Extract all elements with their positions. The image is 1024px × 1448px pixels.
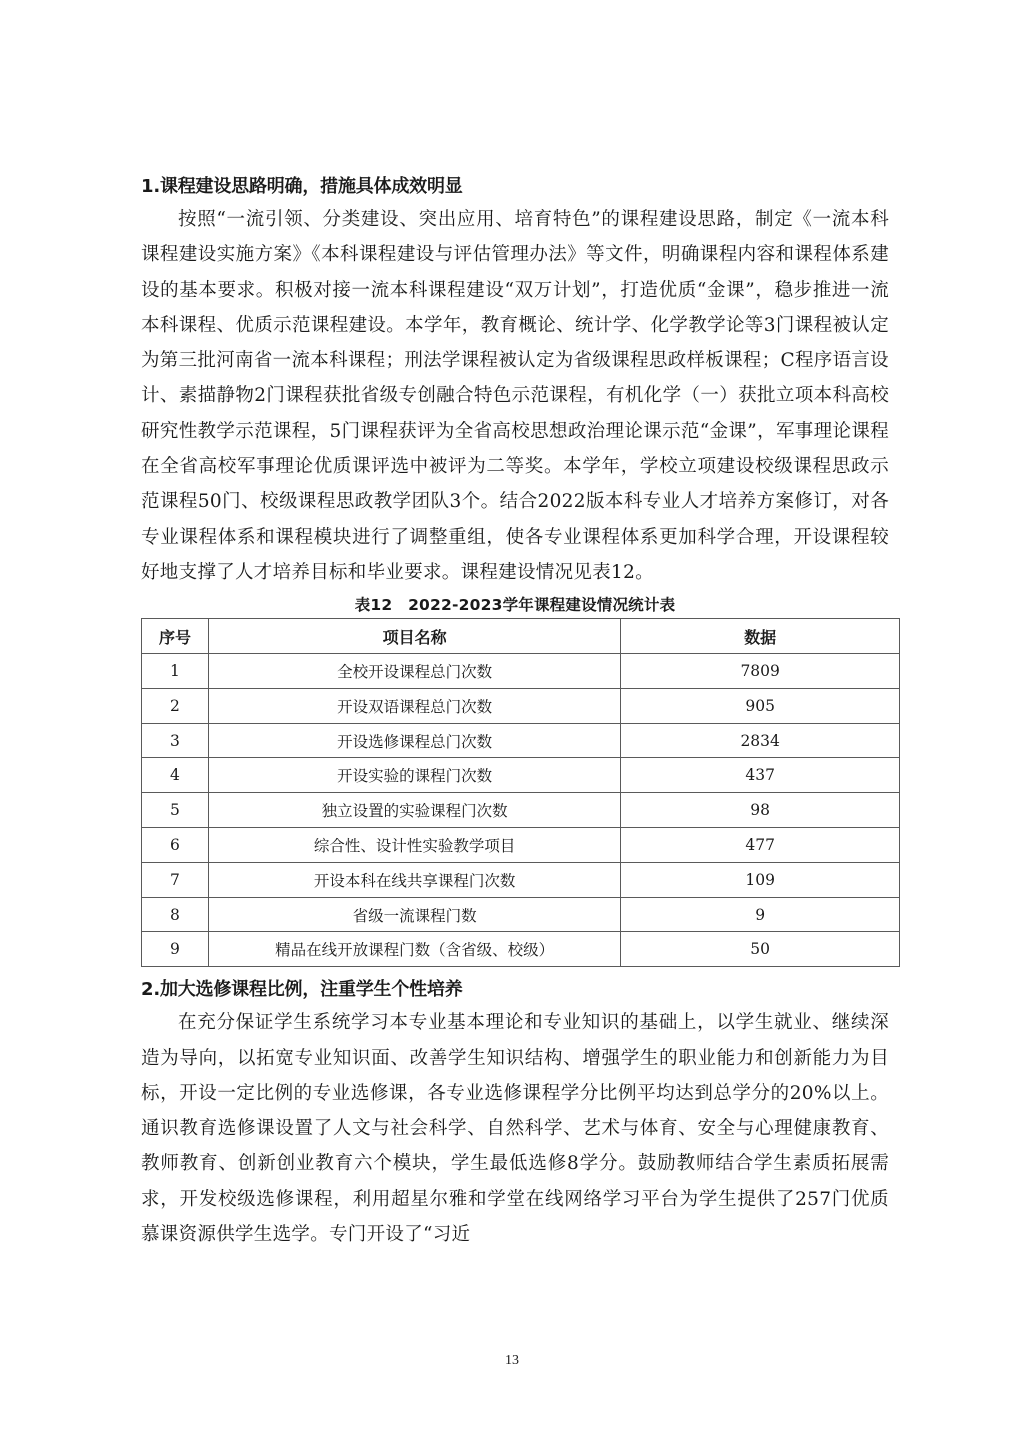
section-heading-1: 1.课程建设思路明确，措施具体成效明显 (141, 172, 889, 202)
row-value: 9 (621, 897, 900, 932)
document-page: 1.课程建设思路明确，措施具体成效明显 按照“一流引领、分类建设、突出应用、培育… (141, 172, 889, 1252)
section-1-paragraph: 按照“一流引领、分类建设、突出应用、培育特色”的课程建设思路，制定《一流本科课程… (141, 202, 889, 590)
row-index: 7 (142, 862, 209, 897)
row-name: 精品在线开放课程门数（含省级、校级） (208, 932, 620, 967)
row-index: 2 (142, 688, 209, 723)
table-row: 3 开设选修课程总门次数 2834 (142, 723, 900, 758)
row-index: 5 (142, 793, 209, 828)
row-value: 477 (621, 828, 900, 863)
row-name: 开设双语课程总门次数 (208, 688, 620, 723)
row-name: 独立设置的实验课程门次数 (208, 793, 620, 828)
row-value: 905 (621, 688, 900, 723)
table-row: 5 独立设置的实验课程门次数 98 (142, 793, 900, 828)
row-name: 省级一流课程门数 (208, 897, 620, 932)
row-index: 4 (142, 758, 209, 793)
row-value: 2834 (621, 723, 900, 758)
row-value: 98 (621, 793, 900, 828)
row-value: 50 (621, 932, 900, 967)
course-statistics-table: 序号 项目名称 数据 1 全校开设课程总门次数 7809 2 开设双语课程总门次… (141, 618, 900, 967)
row-value: 437 (621, 758, 900, 793)
table-row: 4 开设实验的课程门次数 437 (142, 758, 900, 793)
table-row: 6 综合性、设计性实验教学项目 477 (142, 828, 900, 863)
section-2: 2.加大选修课程比例，注重学生个性培养 在充分保证学生系统学习本专业基本理论和专… (141, 975, 889, 1252)
row-value: 109 (621, 862, 900, 897)
section-2-paragraph: 在充分保证学生系统学习本专业基本理论和专业知识的基础上，以学生就业、继续深造为导… (141, 1005, 889, 1252)
row-name: 开设本科在线共享课程门次数 (208, 862, 620, 897)
row-index: 8 (142, 897, 209, 932)
row-index: 1 (142, 654, 209, 689)
row-index: 9 (142, 932, 209, 967)
header-index: 序号 (142, 619, 209, 654)
row-name: 全校开设课程总门次数 (208, 654, 620, 689)
row-name: 综合性、设计性实验教学项目 (208, 828, 620, 863)
table-row: 1 全校开设课程总门次数 7809 (142, 654, 900, 689)
page-number: 13 (0, 1353, 1024, 1369)
row-value: 7809 (621, 654, 900, 689)
row-index: 3 (142, 723, 209, 758)
row-name: 开设实验的课程门次数 (208, 758, 620, 793)
table-row: 9 精品在线开放课程门数（含省级、校级） 50 (142, 932, 900, 967)
header-value: 数据 (621, 619, 900, 654)
header-name: 项目名称 (208, 619, 620, 654)
section-heading-2: 2.加大选修课程比例，注重学生个性培养 (141, 975, 889, 1005)
table-header-row: 序号 项目名称 数据 (142, 619, 900, 654)
table-caption: 表12 2022-2023学年课程建设情况统计表 (141, 592, 889, 618)
row-index: 6 (142, 828, 209, 863)
row-name: 开设选修课程总门次数 (208, 723, 620, 758)
table-row: 7 开设本科在线共享课程门次数 109 (142, 862, 900, 897)
table-row: 2 开设双语课程总门次数 905 (142, 688, 900, 723)
table-row: 8 省级一流课程门数 9 (142, 897, 900, 932)
